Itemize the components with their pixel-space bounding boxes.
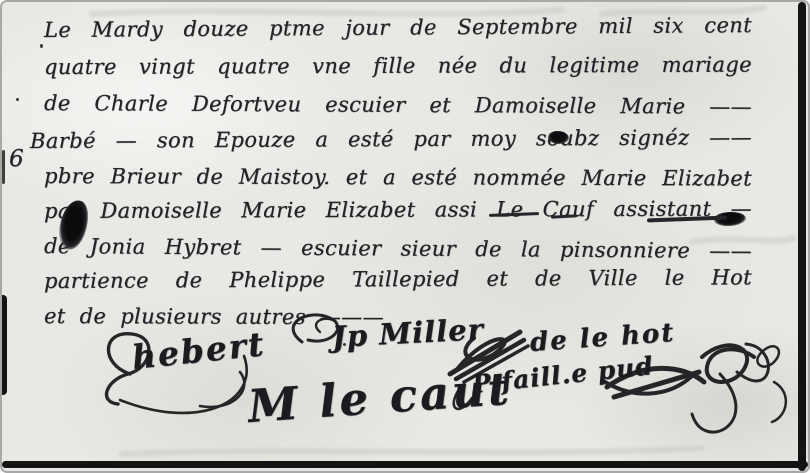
ink-blot	[548, 131, 569, 144]
manuscript-line: quatre vingt quatre vne fille née du leg…	[44, 53, 752, 79]
signature-miller: Jp Miller	[331, 312, 485, 354]
ink-speck	[16, 98, 19, 101]
ink-speck	[40, 44, 43, 48]
manuscript-line: Barbé — son Epouze a esté par moy soubz …	[30, 125, 752, 153]
signature-hebert: hebert	[130, 324, 267, 377]
margin-entry-number: 6	[9, 146, 24, 172]
manuscript-scan: 6 Le Mardy douze ptme jour de Septembre …	[0, 0, 810, 473]
signature-de-le-hot: de le hot	[529, 318, 676, 358]
scan-edge-right	[798, 2, 806, 471]
manuscript-line: partience de Phelippe Taillepied et de V…	[44, 265, 752, 293]
manuscript-line: par Damoiselle Marie Elizabet assi Le Ca…	[44, 197, 752, 223]
scan-edge-left	[2, 295, 7, 395]
manuscript-line: de Charle Defortveu escuier et Damoisell…	[44, 91, 752, 119]
manuscript-line: de Jonia Hybret — escuier sieur de la pi…	[44, 234, 752, 263]
manuscript-line: Le Mardy douze ptme jour de Septembre mi…	[44, 13, 752, 42]
scan-edge-left	[2, 150, 5, 184]
ink-speck	[343, 343, 346, 346]
scan-edge-bottom	[2, 461, 808, 468]
signature-faille-pbre: P faill.e pud	[470, 351, 654, 399]
manuscript-line: pbre Brieur de Maistoy. et a esté nommée…	[44, 164, 752, 190]
